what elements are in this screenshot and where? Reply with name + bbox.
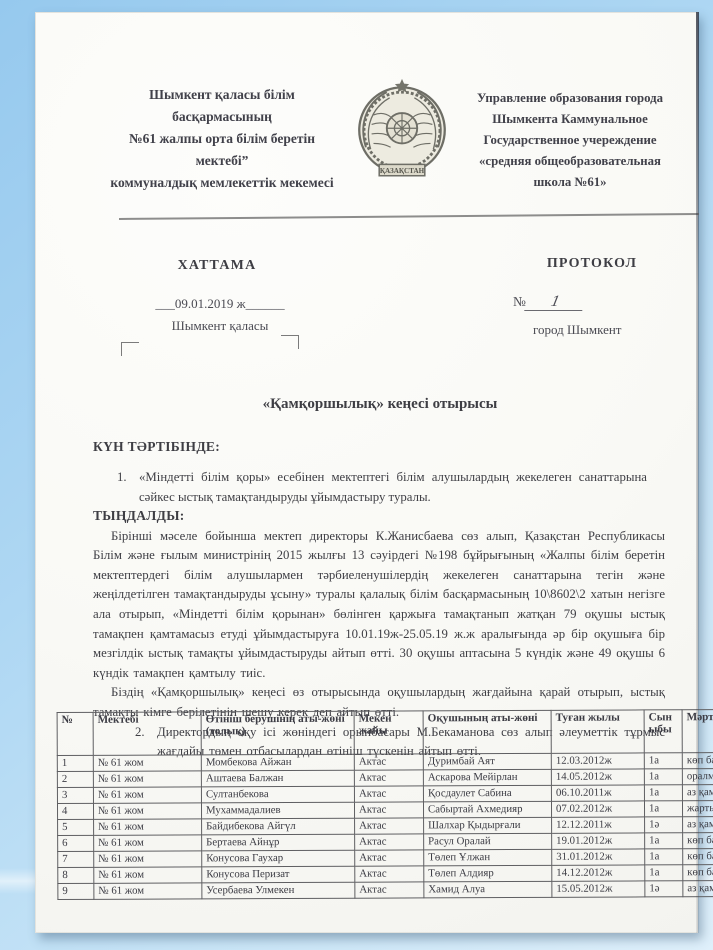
agenda-heading: КҮН ТӘРТІБІНДЕ:	[93, 439, 220, 455]
table-cell: № 61 жом	[94, 883, 202, 899]
table-cell: Конусова Перизат	[202, 866, 355, 883]
table-cell: 1а	[645, 833, 683, 849]
table-cell: № 61 жом	[94, 835, 202, 851]
column-header: Мәртебесі	[682, 709, 713, 752]
table-cell: Аскарова Мейірлан	[423, 769, 551, 786]
table-cell: аз қамтылған	[682, 784, 713, 800]
table-cell: 14.12.2012ж	[552, 865, 645, 881]
table-cell: Актас	[354, 754, 423, 770]
table-cell: 1а	[644, 785, 682, 801]
table-cell: Актас	[355, 818, 424, 834]
table-cell: 12.03.2012ж	[551, 753, 644, 769]
table-cell: Момбекова Айжан	[201, 754, 354, 771]
table-cell: көп балалы	[683, 832, 713, 848]
table-cell: 1а	[645, 865, 683, 881]
table-cell: Аштаева Балжан	[201, 770, 354, 787]
table-cell: Мухаммадалиев	[201, 802, 354, 819]
header-divider-line	[119, 213, 699, 220]
column-header: Мектебі	[93, 712, 201, 755]
table-cell: 6	[58, 835, 94, 851]
protocol-date-line: ___09.01.2019 ж______	[115, 296, 325, 312]
table-cell: 1а	[645, 849, 683, 865]
meeting-title: «Қамқоршылық» кеңесі отырысы	[95, 396, 665, 413]
table-cell: 2	[57, 771, 93, 787]
table-cell: № 61 жом	[94, 851, 202, 867]
table-cell: 3	[57, 787, 93, 803]
table-cell: № 61 жом	[93, 803, 201, 819]
table-cell: Актас	[355, 850, 424, 866]
table-cell: № 61 жом	[93, 787, 201, 803]
table-cell: 15.05.2012ж	[552, 881, 645, 897]
column-header: №	[57, 712, 93, 755]
column-header: Сыныбы	[644, 710, 682, 753]
agenda-item-text: «Міндетті білім қоры» есебінен мектептег…	[139, 470, 647, 504]
table-cell: аз қамтылған	[683, 880, 713, 896]
table-cell: 19.01.2012ж	[552, 833, 645, 849]
column-header: Оқушының аты-жөні	[423, 710, 551, 754]
table-cell: 8	[58, 867, 94, 883]
protocol-title-kazakh: ХАТТАМА	[127, 258, 307, 274]
agenda-item-1: 1. «Міндетті білім қоры» есебінен мектеп…	[95, 468, 647, 507]
table-cell: көп балалы	[683, 848, 713, 864]
header-row: №МектебіӨтініш берушінің аты-жөні (толық…	[57, 709, 713, 755]
table-cell: № 61 жом	[93, 771, 201, 787]
table-cell: Дуримбай Аят	[423, 753, 551, 770]
table-cell: 1ә	[645, 817, 683, 833]
table-cell: Актас	[354, 770, 423, 786]
heard-paragraph-1: Бірінші мәселе бойынша мектеп директоры …	[93, 527, 665, 684]
protocol-title-russian: ПРОТОКОЛ	[487, 256, 697, 272]
protocol-city-kazakh: Шымкент қаласы	[115, 318, 325, 334]
table-cell: 9	[58, 883, 94, 899]
table-cell: Султанбекова	[201, 786, 354, 803]
table-cell: жартылай жетім	[682, 800, 713, 816]
emblem-banner-text: ҚАЗАҚСТАН	[380, 167, 425, 175]
protocol-number-line: №1	[513, 294, 584, 311]
table-cell: № 61 жом	[94, 819, 202, 835]
table-cell: Хамид Алуа	[424, 881, 552, 898]
table-cell: 06.10.2011ж	[551, 785, 644, 801]
table-cell: Актас	[355, 834, 424, 850]
protocol-number-handwritten: 1	[524, 294, 586, 311]
table-cell: 07.02.2012ж	[551, 801, 644, 817]
table-cell: № 61 жом	[93, 755, 201, 771]
table-cell: Актас	[354, 802, 423, 818]
table-cell: 1ә	[645, 881, 683, 897]
column-header: Өтініш берушінің аты-жөні (толық)	[201, 711, 354, 755]
table-cell: 1а	[644, 769, 682, 785]
scanned-document-page: Шымкент қаласы білім басқармасының №61 ж…	[35, 12, 698, 933]
table-cell: Актас	[355, 866, 424, 882]
applicants-table-head: №МектебіӨтініш берушінің аты-жөні (толық…	[57, 709, 713, 755]
table-cell: Конусова Гаухар	[202, 850, 355, 867]
table-cell: Байдибекова Айгүл	[202, 818, 355, 835]
table-cell: 14.05.2012ж	[551, 769, 644, 785]
table-cell: Расул Оралай	[424, 833, 552, 850]
protocol-city-russian: город Шымкент	[533, 322, 621, 338]
scan-background: { "document": { "org_left": "Шымкент қал…	[0, 0, 713, 950]
crop-mark-left	[121, 342, 139, 356]
table-cell: 1а	[644, 753, 682, 769]
table-cell: Қосдаулет Сабина	[423, 785, 551, 802]
applicants-table-body: 1№ 61 жомМомбекова АйжанАктасДуримбай Ая…	[57, 752, 713, 899]
heard-heading: ТЫҢДАЛДЫ:	[93, 506, 665, 526]
table-row: 9№ 61 жомУсербаева УлмекенАктасХамид Алу…	[58, 880, 713, 899]
table-cell: 5	[58, 819, 94, 835]
table-cell: Төлеп Ұлжан	[424, 849, 552, 866]
table-cell: 1а	[644, 801, 682, 817]
table-cell: 31.01.2012ж	[552, 849, 645, 865]
table-cell: Төлеп Алдияр	[424, 865, 552, 882]
table-cell: аз қамтылған	[683, 816, 713, 832]
table-cell: 1	[57, 755, 93, 771]
table-cell: Актас	[354, 786, 423, 802]
table-cell: Усербаева Улмекен	[202, 882, 355, 899]
organization-name-kazakh: Шымкент қаласы білім басқармасының №61 ж…	[73, 84, 371, 194]
organization-name-russian: Управление образования города Шымкента К…	[441, 88, 699, 193]
table-cell: 4	[57, 803, 93, 819]
table-cell: Сабыртай Ахмедияр	[423, 801, 551, 818]
table-cell: оралман	[682, 768, 713, 784]
column-header: Мекен жайы	[354, 711, 423, 754]
column-header: Туған жылы	[551, 710, 644, 753]
table-cell: Бертаева Айнұр	[202, 834, 355, 851]
agenda-item-number: 1.	[117, 468, 127, 488]
crop-mark-right	[281, 335, 299, 349]
table-cell: № 61 жом	[94, 867, 202, 883]
table-cell: 7	[58, 851, 94, 867]
table-cell: Шалхар Қыдырғали	[424, 817, 552, 834]
table-cell: көп балалы	[682, 752, 713, 768]
table-cell: Актас	[355, 882, 424, 898]
table-cell: көп балалы	[683, 864, 713, 880]
applicants-table: №МектебіӨтініш берушінің аты-жөні (толық…	[57, 709, 713, 900]
table-cell: 12.12.2011ж	[552, 817, 645, 833]
